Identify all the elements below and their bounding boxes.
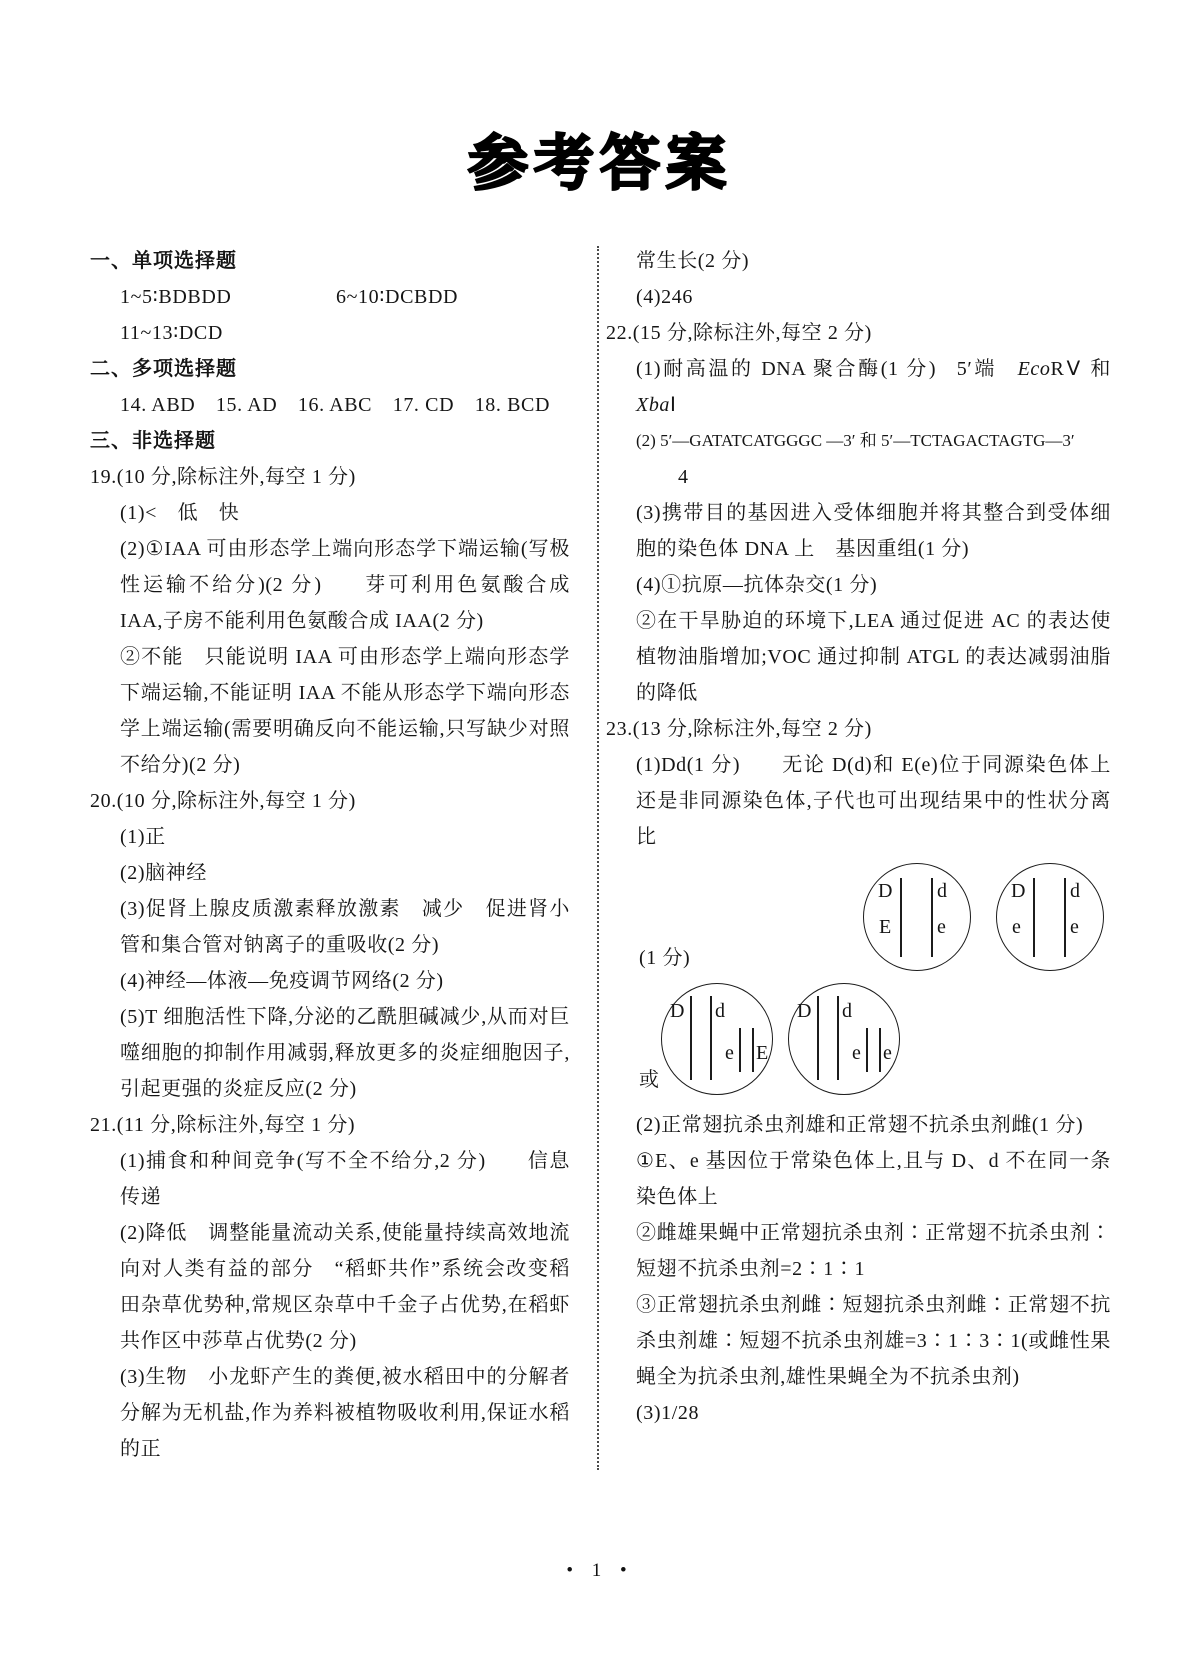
page-number: • 1 •: [0, 1560, 1200, 1582]
answer-19-1: (1)< 低 快: [90, 495, 570, 531]
answer-21-3: (3)生物 小龙虾产生的粪便,被水稻田中的分解者分解为无机盐,作为养料被植物吸收…: [90, 1359, 570, 1467]
allele-label: e: [1070, 916, 1079, 938]
answer-21-2: (2)降低 调整能量流动关系,使能量持续高效地流向对人类有益的部分 “稻虾共作”…: [90, 1215, 570, 1359]
answer-20-4: (4)神经—体液—免疫调节网络(2 分): [90, 963, 570, 999]
chromosome-line: [900, 878, 902, 957]
question-22-header: 22.(15 分,除标注外,每空 2 分): [606, 315, 1111, 351]
answer-22-3: (3)携带目的基因进入受体细胞并将其整合到受体细胞的染色体 DNA 上 基因重组…: [606, 495, 1111, 567]
answer-range-1-5: 1~5∶BDBDD: [120, 279, 336, 315]
answer-20-5: (5)T 细胞活性下降,分泌的乙酰胆碱减少,从而对巨噬细胞的抑制作用减弱,释放更…: [90, 999, 570, 1107]
allele-label: d: [715, 1000, 725, 1022]
answer-21-1: (1)捕食和种间竞争(写不全不给分,2 分) 信息传递: [90, 1143, 570, 1215]
allele-label: e: [725, 1042, 734, 1064]
allele-label: d: [842, 1000, 852, 1022]
answer-19-2: (2)①IAA 可由形态学上端向形态学下端运输(写极性运输不给分)(2 分) 芽…: [90, 531, 570, 639]
answer-23-2: (2)正常翅抗杀虫剂雄和正常翅不抗杀虫剂雌(1 分): [606, 1107, 1111, 1143]
answer-23-3: (3)1/28: [606, 1395, 1111, 1431]
question-21-header: 21.(11 分,除标注外,每空 1 分): [90, 1107, 570, 1143]
chromosome-line: [1064, 878, 1066, 957]
allele-label: E: [879, 916, 891, 938]
answer-range-6-10: 6~10∶DCBDD: [336, 286, 458, 308]
answer-23-2a: ①E、e 基因位于常染色体上,且与 D、d 不在同一条染色体上: [606, 1143, 1111, 1215]
answer-23-1: (1)Dd(1 分) 无论 D(d)和 E(e)位于同源染色体上还是非同源染色体…: [606, 747, 1111, 855]
chromosome-line: [739, 1028, 741, 1072]
answer-22-1: (1)耐高温的 DNA 聚合酶(1 分) 5′端 EcoRⅤ 和 XbaⅠ: [606, 351, 1111, 423]
chromosome-line: [931, 878, 933, 957]
answer-22-1-text3: Ⅰ: [670, 394, 677, 416]
chromosome-line: [879, 1028, 881, 1072]
answer-range-14-18: 14. ABD 15. AD 16. ABC 17. CD 18. BCD: [90, 387, 570, 423]
answer-20-3: (3)促肾上腺皮质激素释放激素 减少 促进肾小管和集合管对钠离子的重吸收(2 分…: [90, 891, 570, 963]
page-title: 参考答案: [0, 116, 1200, 216]
allele-label: D: [797, 1000, 811, 1022]
answer-sheet-page: 参考答案 一、单项选择题 1~5∶BDBDD6~10∶DCBDD 11~13∶D…: [0, 0, 1200, 1671]
section-heading-non-choice: 三、非选择题: [90, 423, 570, 459]
answer-21-3-continuation: 常生长(2 分): [606, 243, 1111, 279]
answer-19-2b: ②不能 只能说明 IAA 可由形态学上端向形态学下端运输,不能证明 IAA 不能…: [90, 639, 570, 783]
answer-20-1: (1)正: [90, 819, 570, 855]
section-heading-multi-choice: 二、多项选择题: [90, 351, 570, 387]
allele-label: D: [1011, 880, 1025, 902]
cell-diagram-1: D E d e: [863, 863, 971, 971]
cell-diagram-2: D e d e: [996, 863, 1104, 971]
chromosome-line: [690, 996, 692, 1080]
chromosome-line: [1033, 878, 1035, 957]
chromosome-line: [817, 996, 819, 1080]
chromosome-line: [866, 1028, 868, 1072]
chromosome-line: [710, 996, 712, 1080]
answer-22-4b: ②在干旱胁迫的环境下,LEA 通过促进 AC 的表达使植物油脂增加;VOC 通过…: [606, 603, 1111, 711]
right-column: 常生长(2 分) (4)246 22.(15 分,除标注外,每空 2 分) (1…: [606, 243, 1111, 1431]
section-heading-single-choice: 一、单项选择题: [90, 243, 570, 279]
left-column: 一、单项选择题 1~5∶BDBDD6~10∶DCBDD 11~13∶DCD 二、…: [90, 243, 570, 1467]
question-23-header: 23.(13 分,除标注外,每空 2 分): [606, 711, 1111, 747]
question-19-header: 19.(10 分,除标注外,每空 1 分): [90, 459, 570, 495]
allele-label: D: [878, 880, 892, 902]
chromosome-line: [752, 1028, 754, 1072]
diagram-or-label: 或: [639, 1063, 660, 1092]
chromosome-diagram-block: D E d e D e d e (1 分) D d e: [606, 855, 1111, 1107]
allele-label: e: [883, 1042, 892, 1064]
cell-diagram-4: D d e e: [788, 983, 900, 1095]
allele-label: d: [937, 880, 947, 902]
cell-diagram-3: D d e E: [661, 983, 773, 1095]
answer-22-2-dna-sequence: (2) 5′—GATATCATGGGC —3′ 和 5′—TCTAGACTAGT…: [606, 423, 1111, 459]
answer-22-1-text: (1)耐高温的 DNA 聚合酶(1 分) 5′端: [636, 358, 1018, 380]
answer-22-1-text2: RⅤ 和: [1051, 358, 1112, 380]
column-divider: [597, 246, 599, 1470]
allele-label: E: [756, 1042, 768, 1064]
answer-22-2b: 4: [606, 459, 1111, 495]
diagram-score-note: (1 分): [639, 941, 690, 970]
chromosome-line: [837, 996, 839, 1080]
enzyme-name-eco: Eco: [1018, 358, 1051, 380]
allele-label: e: [1012, 916, 1021, 938]
answer-21-4: (4)246: [606, 279, 1111, 315]
allele-label: D: [670, 1000, 684, 1022]
allele-label: d: [1070, 880, 1080, 902]
answer-22-4: (4)①抗原—抗体杂交(1 分): [606, 567, 1111, 603]
answer-23-2c: ③正常翅抗杀虫剂雌∶短翅抗杀虫剂雌∶正常翅不抗杀虫剂雄∶短翅不抗杀虫剂雄=3∶1…: [606, 1287, 1111, 1395]
answer-line: 1~5∶BDBDD6~10∶DCBDD: [90, 279, 570, 315]
question-20-header: 20.(10 分,除标注外,每空 1 分): [90, 783, 570, 819]
answer-range-11-13: 11~13∶DCD: [90, 315, 570, 351]
allele-label: e: [852, 1042, 861, 1064]
answer-23-2b: ②雌雄果蝇中正常翅抗杀虫剂∶正常翅不抗杀虫剂∶短翅不抗杀虫剂=2∶1∶1: [606, 1215, 1111, 1287]
enzyme-name-xba: Xba: [636, 394, 670, 416]
allele-label: e: [937, 916, 946, 938]
answer-20-2: (2)脑神经: [90, 855, 570, 891]
